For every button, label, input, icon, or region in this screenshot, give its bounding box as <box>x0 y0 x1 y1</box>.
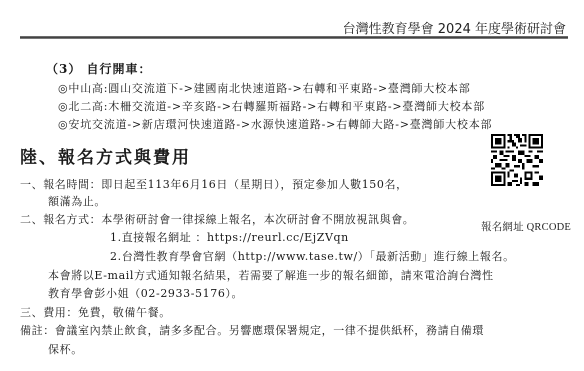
transport-subheading: （3） 自行開車： <box>46 60 152 77</box>
route-item: ◎中山高:圓山交流道下->建國南北快速道路->右轉和平東路->臺灣師大校本部 <box>58 80 471 96</box>
official-site-link[interactable]: 2.台灣性教育學會官網（http://www.tase.tw/）「最新活動」進行… <box>110 248 515 264</box>
qr-code-icon[interactable] <box>491 134 543 186</box>
registration-time-cont: 額滿為止。 <box>48 193 106 209</box>
qr-code-caption: 報名網址 QRCODE <box>481 219 571 234</box>
route-item: ◎北二高:木柵交流道->辛亥路->右轉羅斯福路->右轉和平東路->臺灣師大校本部 <box>58 98 485 114</box>
registration-time: 一、報名時間：即日起至113年6月16日（星期日），預定參加人數150名， <box>20 176 408 192</box>
section-heading: 陸、報名方式與費用 <box>20 143 191 168</box>
email-notice-cont: 教育學會彭小姐（02-2933-5176）。 <box>48 285 243 301</box>
remarks-item-cont: 保杯。 <box>48 341 83 357</box>
remarks-item: 備註：會議室內禁止飲食，請多多配合。另響應環保署規定，一律不提供紙杯，務請自備環 <box>20 322 484 338</box>
fee-item: 三、費用：免費，敬備午餐。 <box>20 304 171 320</box>
page-header-title: 台灣性教育學會 2024 年度學術研討會 <box>343 18 566 37</box>
header-rule <box>20 36 568 39</box>
route-item: ◎安坑交流道->新店環河快速道路->水源快速道路->右轉師大路->臺灣師大校本部 <box>58 116 492 132</box>
email-notice: 本會將以E-mail方式通知報名結果，若需要了解進一步的報名細節，請來電洽詢台灣… <box>48 267 494 283</box>
registration-url-link[interactable]: 1.直接報名網址 ：https://reurl.cc/EjZVqn <box>110 229 349 245</box>
registration-method: 二、報名方式：本學術研討會一律採線上報名，本次研討會不開放視訊與會。 <box>20 211 414 227</box>
